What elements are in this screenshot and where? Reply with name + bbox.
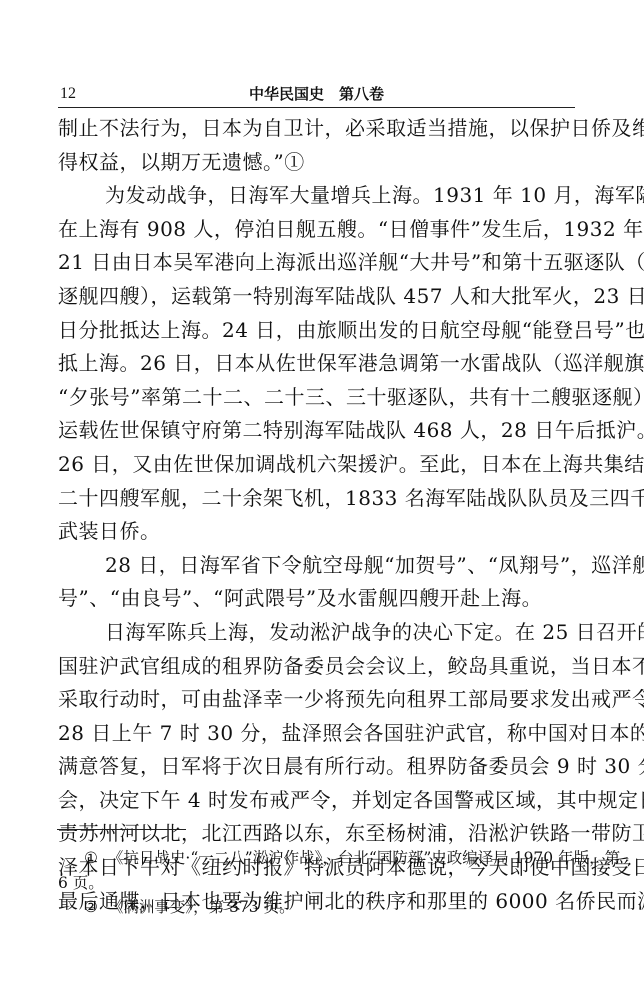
text-line: 21 日由日本吴军港向上海派出巡洋舰“大井号”和第十五驱逐队（驱 xyxy=(58,246,576,280)
text-line: 28 日，日海军省下令航空母舰“加贺号”、“凤翔号”，巡洋舰“那珂 xyxy=(58,549,576,583)
text-line: 运载佐世保镇守府第二特别海军陆战队 468 人，28 日午后抵沪。 xyxy=(58,414,576,448)
footnote-line: 6 页。 xyxy=(58,871,576,896)
book-page: 12 中华民国史 第八卷 制止不法行为，日本为自卫计，必采取适当措施，以保护日侨… xyxy=(0,0,644,1000)
book-title: 中华民国史 第八卷 xyxy=(58,83,575,105)
text-line: 逐舰四艘），运载第一特别海军陆战队 457 人和大批军火，23 日、24 xyxy=(58,280,576,314)
text-line: 号”、“由良号”、“阿武隈号”及水雷舰四艘开赴上海。 xyxy=(58,582,576,616)
footnote-line: ①《抗日战史·“一二八”淞沪作战》，台北“国防部”史政编译局 1970 年版，第 xyxy=(58,846,576,871)
body-text: 制止不法行为，日本为自卫计，必采取适当措施，以保护日侨及维护既 得权益，以期万无… xyxy=(58,112,576,918)
footnote-text: 《抗日战史·“一二八”淞沪作战》，台北“国防部”史政编译局 1970 年版，第 xyxy=(108,849,620,867)
footnote-line: ②《满洲事变》，第 373 页。 xyxy=(58,895,576,920)
text-line: 得权益，以期万无遗憾。”① xyxy=(58,146,576,180)
footnote-marker-2: ② xyxy=(84,898,98,916)
text-line: 日分批抵达上海。24 日，由旅顺出发的日航空母舰“能登吕号”也驶 xyxy=(58,314,576,348)
text-line: 满意答复，日军将于次日晨有所行动。租界防备委员会 9 时 30 分开 xyxy=(58,750,576,784)
text-line: 26 日，又由佐世保加调战机六架援沪。至此，日本在上海共集结了 xyxy=(58,448,576,482)
text-line: “夕张号”率第二十二、二十三、三十驱逐队，共有十二艘驱逐舰）， xyxy=(58,381,576,415)
text-line: 武装日侨。 xyxy=(58,515,576,549)
text-line: 28 日上午 7 时 30 分，盐泽照会各国驻沪武官，称中国对日本的要求无 xyxy=(58,717,576,751)
running-head: 12 中华民国史 第八卷 xyxy=(58,83,575,105)
text-line: 日海军陈兵上海，发动淞沪战争的决心下定。在 25 日召开的由各 xyxy=(58,616,576,650)
text-line: 在上海有 908 人，停泊日舰五艘。“日僧事件”发生后，1932 年 1 月 xyxy=(58,213,576,247)
footnote-1: ①《抗日战史·“一二八”淞沪作战》，台北“国防部”史政编译局 1970 年版，第… xyxy=(58,846,576,895)
footnote-rule xyxy=(57,829,186,830)
footnotes: ①《抗日战史·“一二八”淞沪作战》，台北“国防部”史政编译局 1970 年版，第… xyxy=(58,846,576,920)
text-line: 为发动战争，日海军大量增兵上海。1931 年 10 月，海军陆战队 xyxy=(58,179,576,213)
text-line: 抵上海。26 日，日本从佐世保军港急调第一水雷战队（巡洋舰旗舰 xyxy=(58,347,576,381)
footnote-marker-1: ① xyxy=(84,849,98,867)
text-line: 国驻沪武官组成的租界防备委员会会议上，鲛岛具重说，当日本不得不 xyxy=(58,650,576,684)
header-rule xyxy=(58,107,575,108)
text-line: 制止不法行为，日本为自卫计，必采取适当措施，以保护日侨及维护既 xyxy=(58,112,576,146)
text-line: 二十四艘军舰，二十余架飞机，1833 名海军陆战队队员及三四千名 xyxy=(58,482,576,516)
text-line: 采取行动时，可由盐泽幸一少将预先向租界工部局要求发出戒严令②。 xyxy=(58,683,576,717)
footnote-2: ②《满洲事变》，第 373 页。 xyxy=(58,895,576,920)
footnote-text: 《满洲事变》，第 373 页。 xyxy=(108,898,295,916)
text-line: 会，决定下午 4 时发布戒严令，并划定各国警戒区域，其中规定日军负 xyxy=(58,784,576,818)
